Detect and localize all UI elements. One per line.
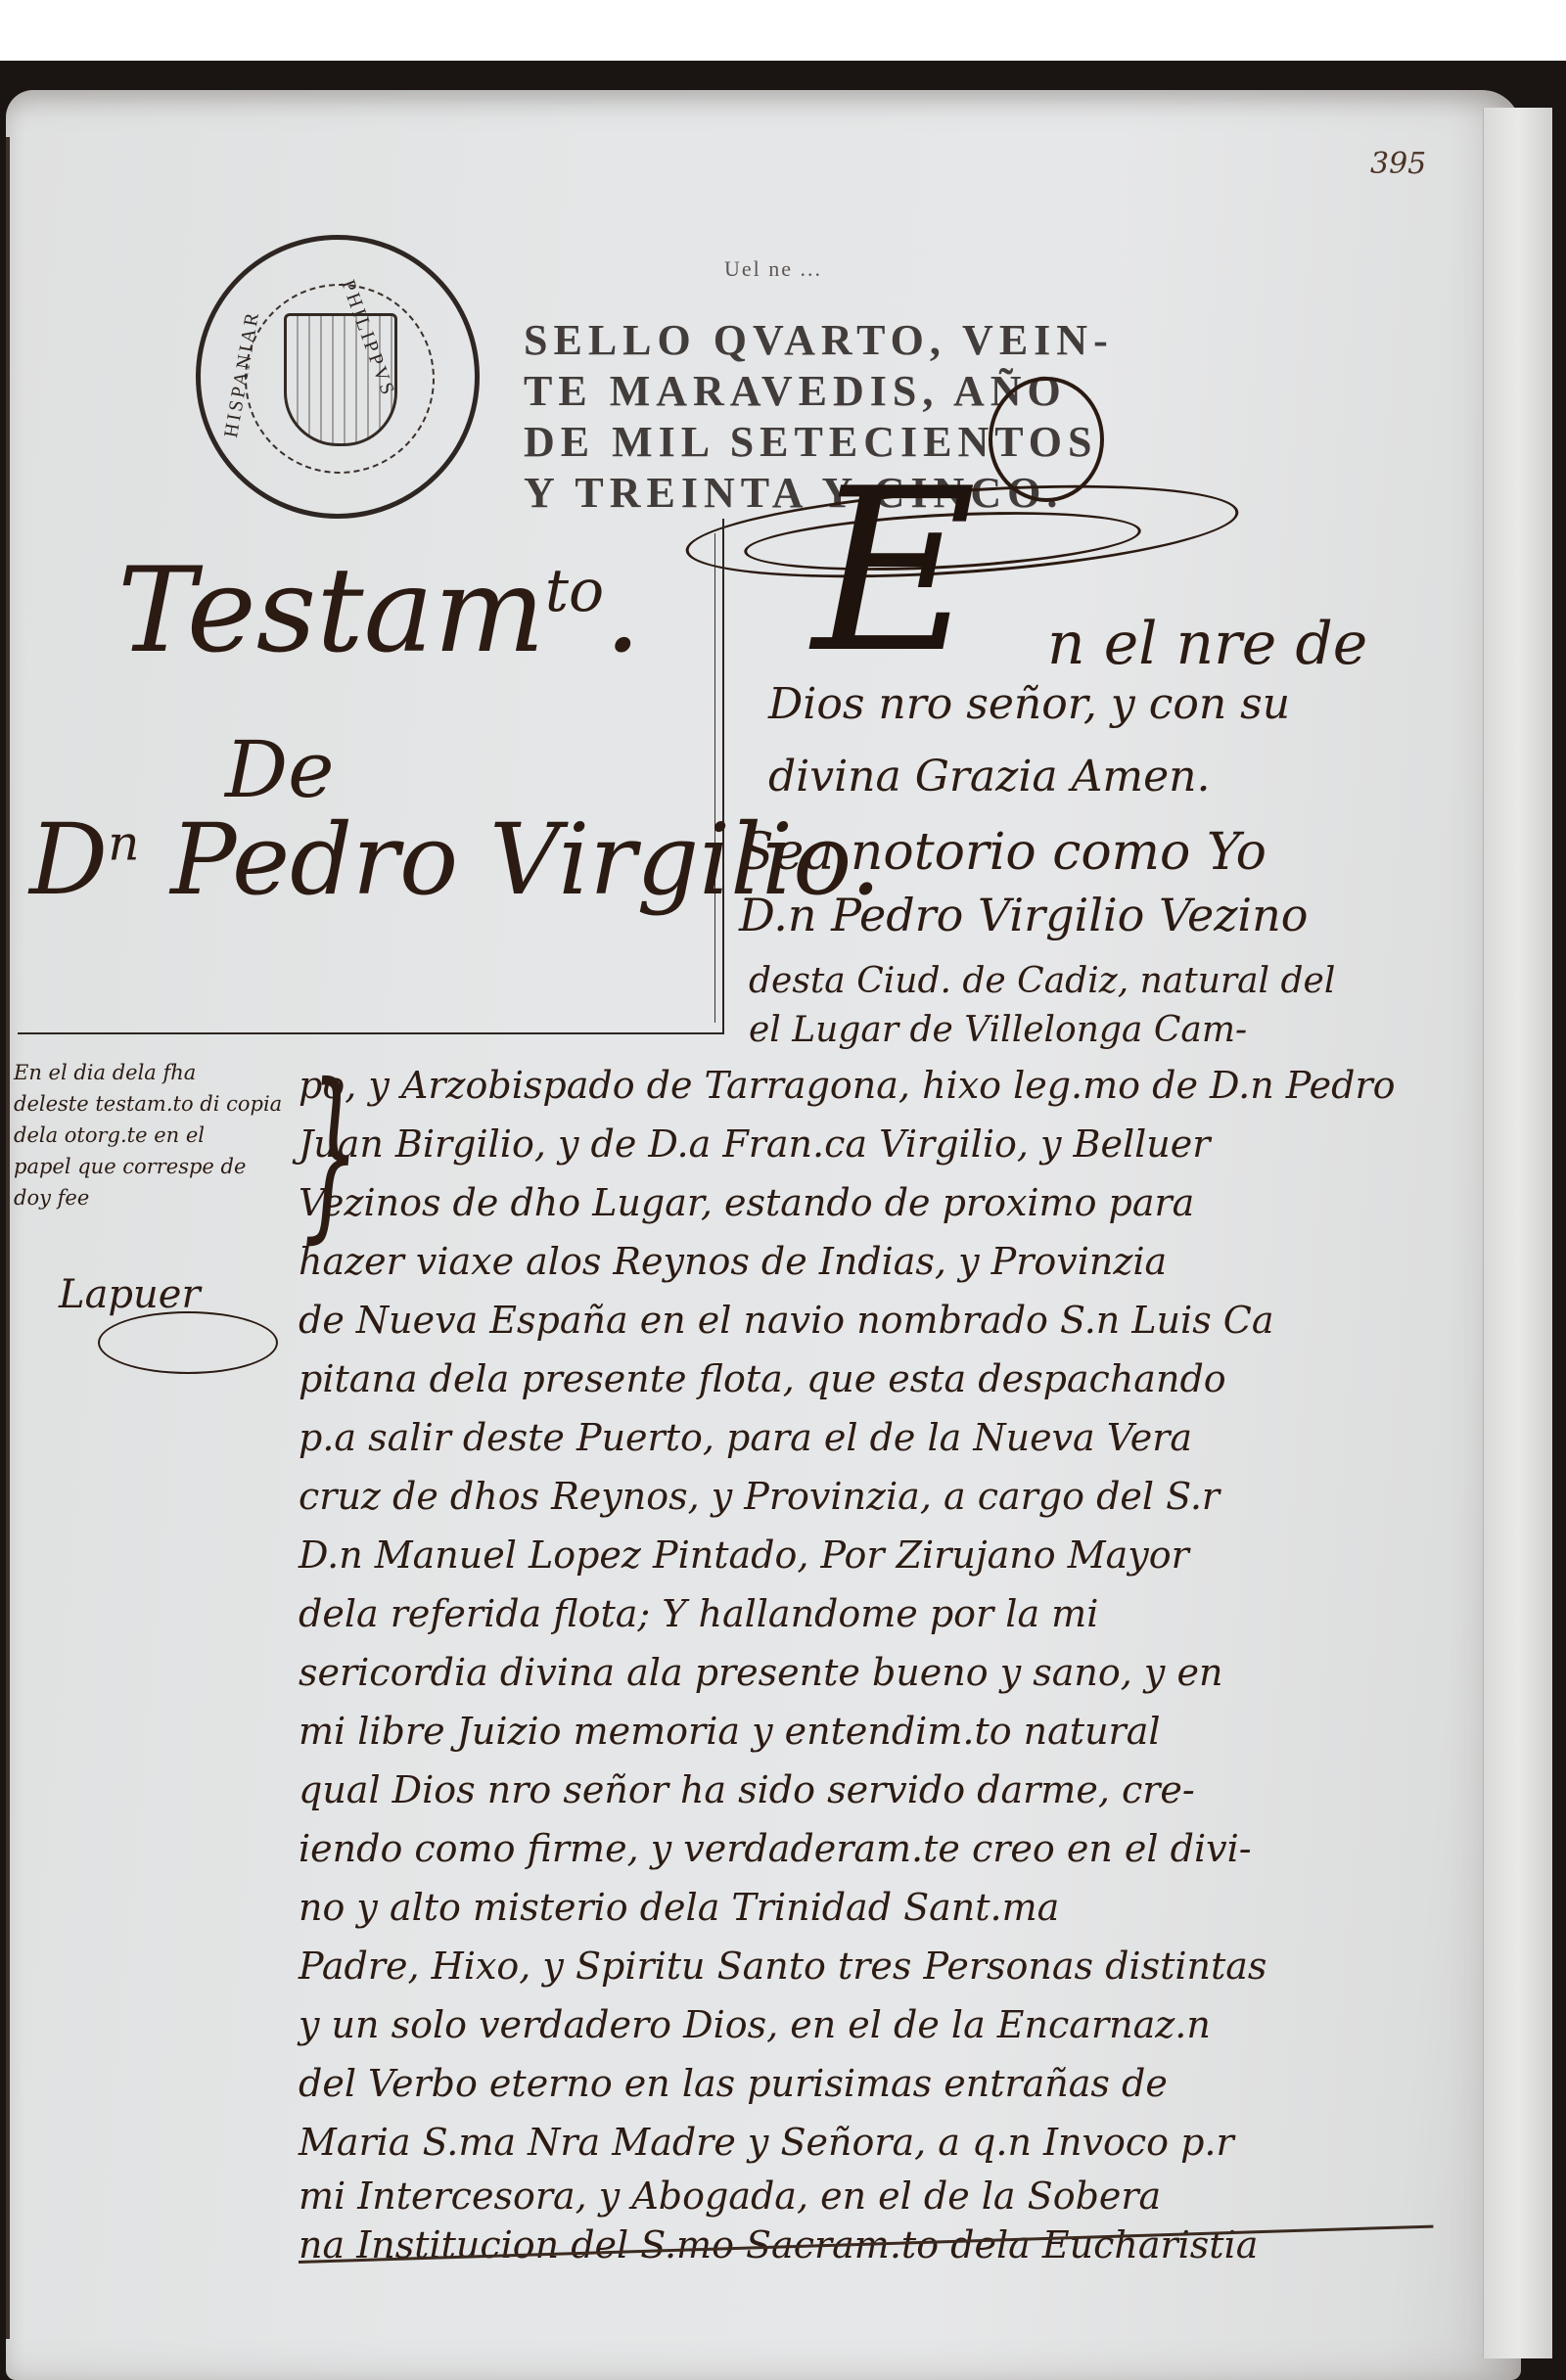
body-line: sericordia divina ala presente bueno y s… bbox=[299, 1654, 1222, 1691]
drop-cap: E bbox=[812, 460, 977, 685]
stamp-line: SELLO QVARTO, VEIN- bbox=[524, 315, 1267, 366]
body-line: Juan Birgilio, y de D.a Fran.ca Virgilio… bbox=[299, 1125, 1210, 1163]
calligraphic-flourish bbox=[989, 377, 1104, 502]
stamp-line: TE MARAVEDIS, AÑO bbox=[524, 366, 1267, 417]
royal-seal: PHILIPPVS HISPANIAR bbox=[196, 235, 480, 519]
body-line: iendo como firme, y verdaderam.te creo e… bbox=[299, 1830, 1252, 1867]
body-line: y un solo verdadero Dios, en el de la En… bbox=[299, 2006, 1211, 2043]
body-line: n el nre de bbox=[1047, 615, 1367, 673]
body-line: cruz de dhos Reynos, y Provinzia, a carg… bbox=[299, 1478, 1220, 1515]
marginal-line: doy fee bbox=[14, 1182, 288, 1213]
marginal-line: deleste testam.to di copia bbox=[14, 1088, 288, 1120]
body-line: mi libre Juizio memoria y entendim.to na… bbox=[299, 1713, 1161, 1750]
signature-flourish bbox=[98, 1311, 278, 1374]
body-line: de Nueva España en el navio nombrado S.n… bbox=[299, 1302, 1274, 1339]
body-line: Vezinos de dho Lugar, estando de proximo… bbox=[299, 1184, 1194, 1221]
body-line: Dios nro señor, y con su bbox=[768, 683, 1290, 726]
body-line: desta Ciud. de Cadiz, natural del bbox=[749, 964, 1335, 999]
body-line: D.n Manuel Lopez Pintado, Por Zirujano M… bbox=[299, 1536, 1189, 1574]
body-line: hazer viaxe alos Reynos de Indias, y Pro… bbox=[299, 1243, 1167, 1280]
body-line: no y alto misterio dela Trinidad Sant.ma bbox=[299, 1889, 1059, 1926]
marginal-note: En el dia dela fha deleste testam.to di … bbox=[14, 1057, 288, 1213]
body-line: del Verbo eterno en las purisimas entrañ… bbox=[299, 2065, 1168, 2102]
marginal-line: papel que correspe de bbox=[14, 1151, 288, 1182]
body-line: qual Dios nro señor ha sido servido darm… bbox=[299, 1771, 1195, 1808]
body-line: divina Grazia Amen. bbox=[768, 755, 1210, 799]
binding-thread bbox=[6, 137, 10, 2339]
body-line: p.a salir deste Puerto, para el de la Nu… bbox=[299, 1419, 1192, 1456]
notary-signature: Lapuer bbox=[59, 1272, 201, 1317]
body-line: Sea notorio como Yo bbox=[739, 827, 1267, 878]
body-line: pitana dela presente flota, que esta des… bbox=[299, 1360, 1226, 1397]
body-line: mi Intercesora, y Abogada, en el de la S… bbox=[299, 2177, 1161, 2215]
marginal-line: dela otorg.te en el bbox=[14, 1120, 288, 1151]
stacked-page-edges bbox=[1483, 108, 1552, 2358]
folio-number: 395 bbox=[1370, 147, 1426, 181]
body-line: el Lugar de Villelonga Cam- bbox=[749, 1013, 1247, 1048]
title-testamento: Testamto. bbox=[117, 543, 641, 679]
body-line: D.n Pedro Virgilio Vezino bbox=[739, 892, 1308, 938]
body-line: Padre, Hixo, y Spiritu Santo tres Person… bbox=[299, 1947, 1267, 1985]
body-line: po, y Arzobispado de Tarragona, hixo leg… bbox=[299, 1067, 1395, 1104]
marginal-line: En el dia dela fha bbox=[14, 1057, 288, 1088]
stamp-small-line: Uel ne ... bbox=[724, 256, 822, 282]
body-line: dela referida flota; Y hallandome por la… bbox=[299, 1595, 1098, 1632]
body-line: Maria S.ma Nra Madre y Señora, a q.n Inv… bbox=[299, 2124, 1234, 2161]
